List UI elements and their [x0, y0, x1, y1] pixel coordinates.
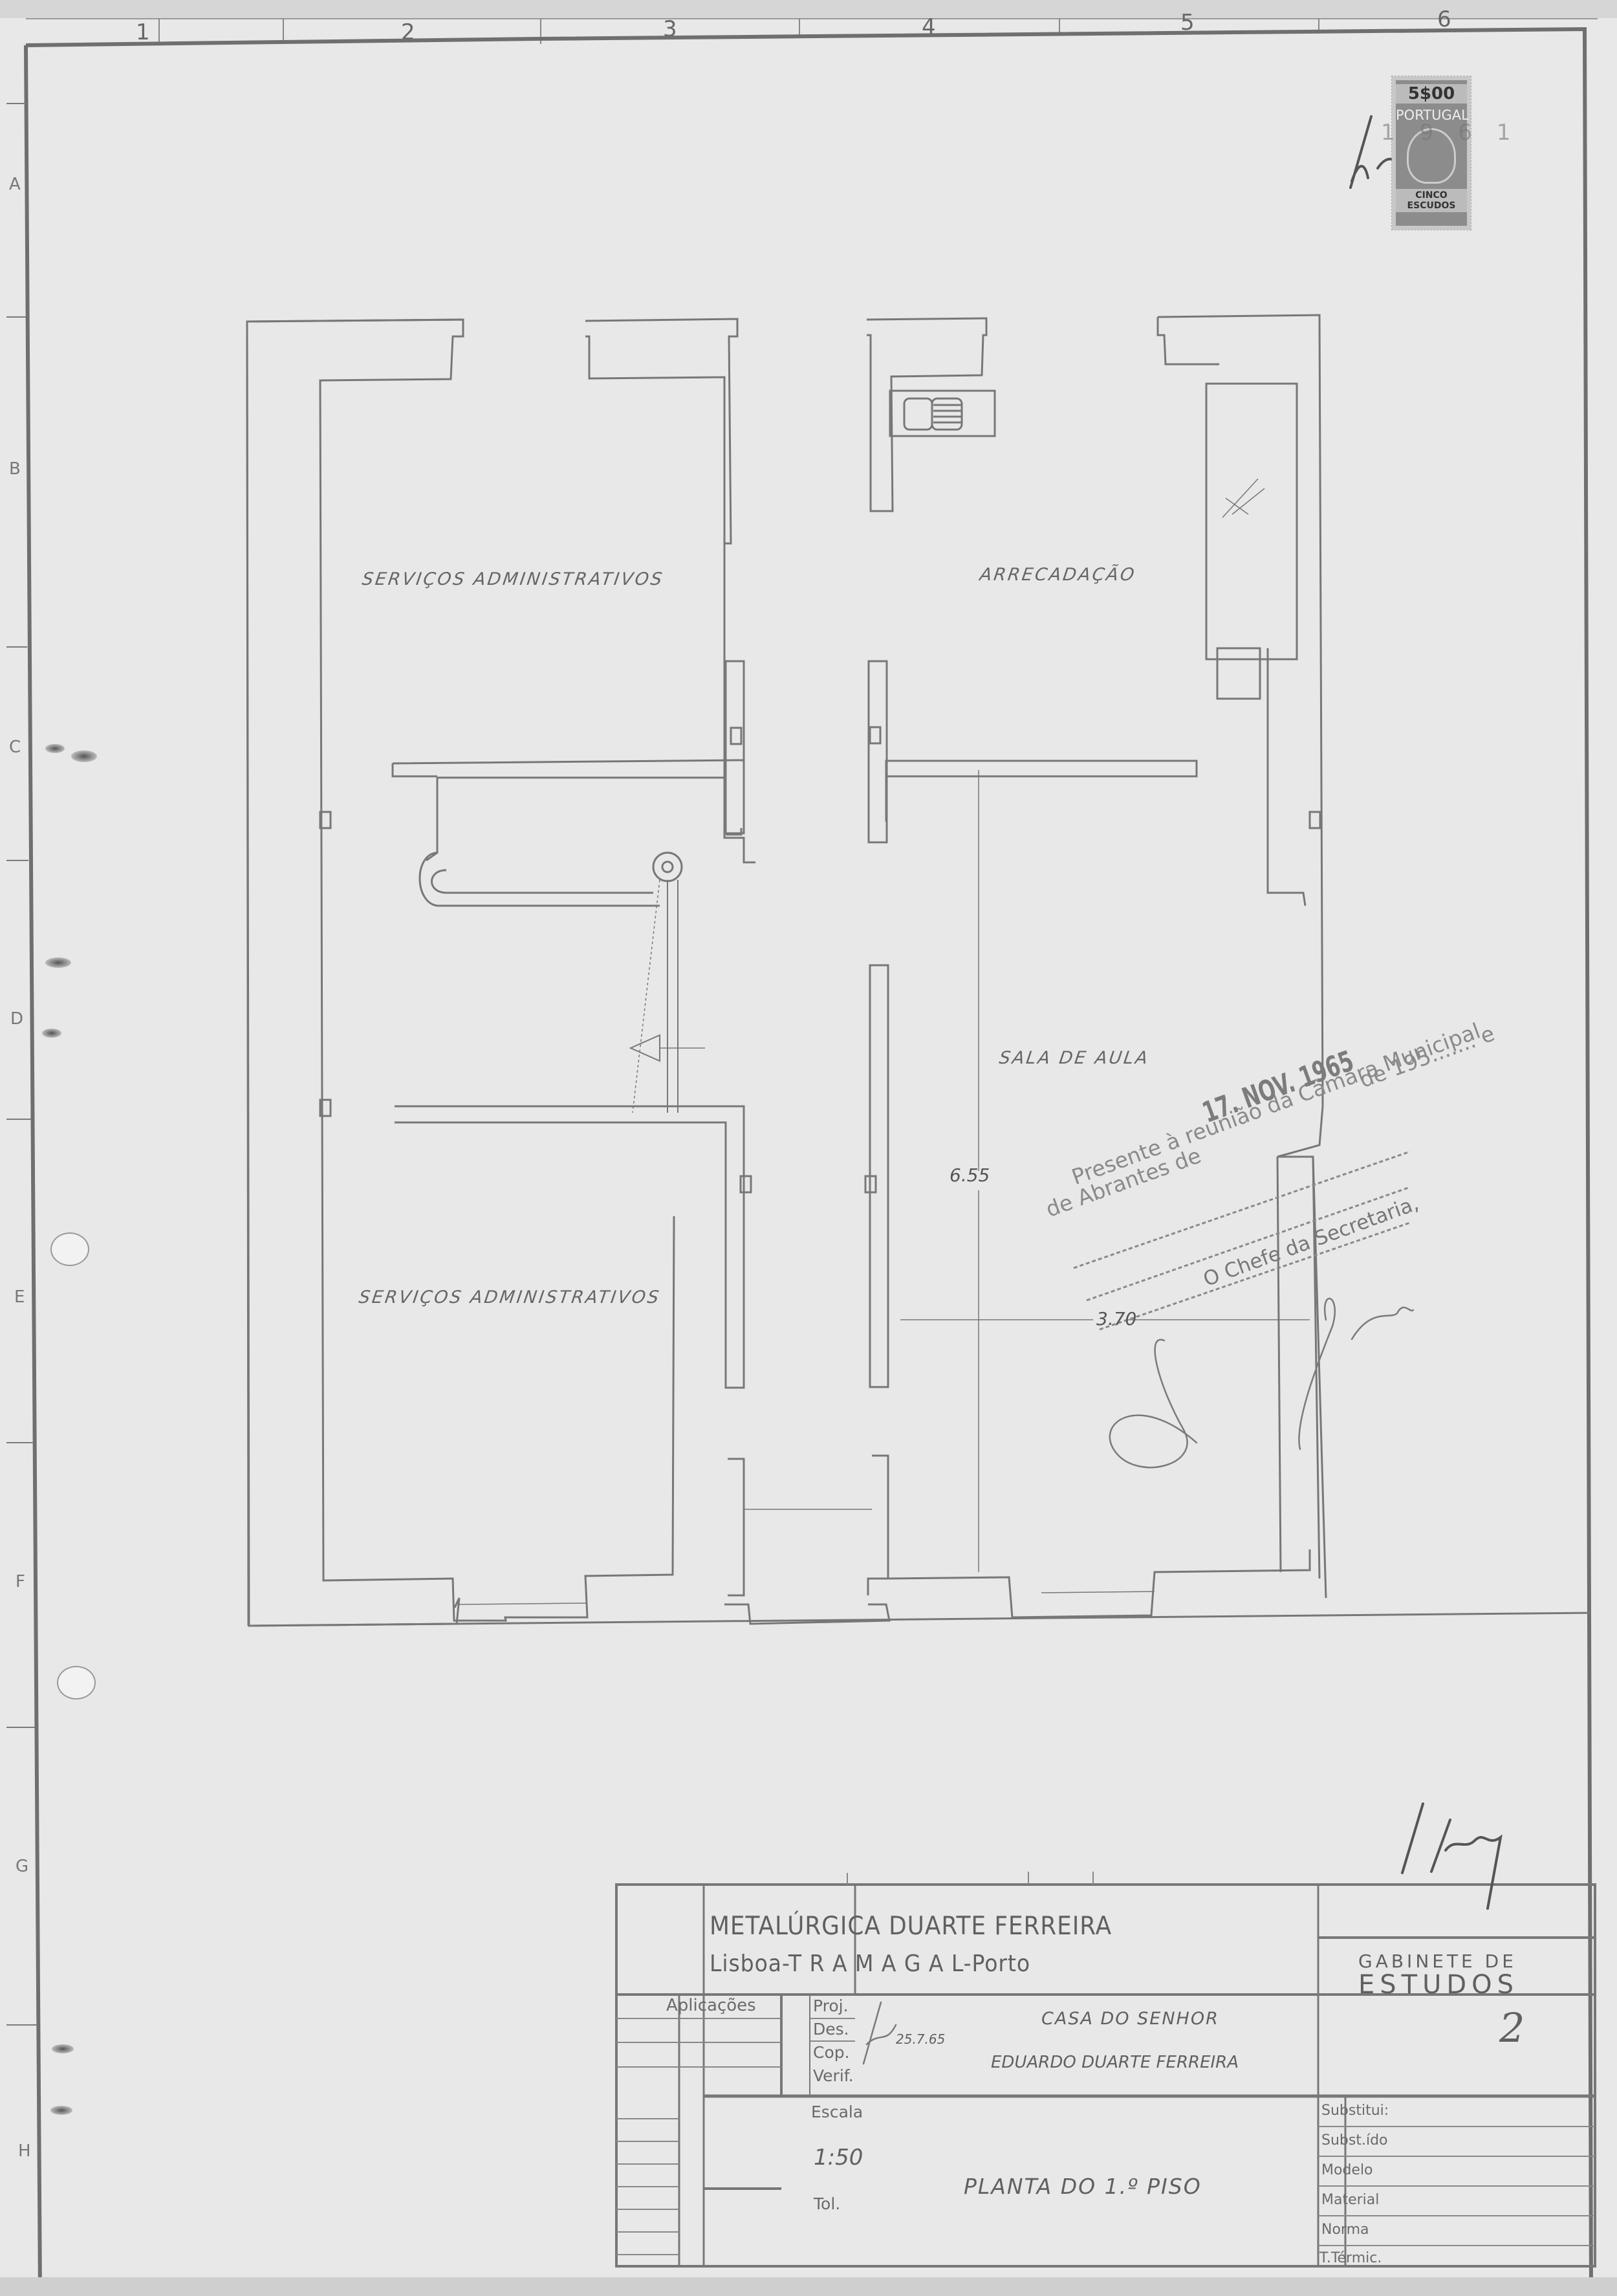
- room-label-admin-upper: SERVIÇOS ADMINISTRATIVOS: [361, 569, 665, 589]
- stain: [45, 957, 71, 968]
- meta-tratamento-termico: T.Térmic.: [1319, 2250, 1382, 2266]
- punch-hole: [57, 1666, 96, 1700]
- fiscal-stamp-value: 5$00: [1396, 84, 1467, 104]
- role-proj: Proj.: [813, 1996, 849, 2015]
- drawn-date: 25.7.65: [896, 2031, 945, 2047]
- meta-norma: Norma: [1321, 2222, 1369, 2238]
- dimension-vertical: 6.55: [950, 1164, 990, 1186]
- stain: [52, 2044, 74, 2053]
- project-line1: CASA DO SENHOR: [1041, 2009, 1219, 2029]
- drawing-sheet: 1 2 3 4 5 6 A B C D E F G H: [0, 0, 1617, 2296]
- meta-material: Material: [1321, 2192, 1379, 2208]
- project-line2: EDUARDO DUARTE FERREIRA: [991, 2053, 1239, 2072]
- tolerance-label: Tol.: [814, 2194, 840, 2213]
- room-label-admin-lower: SERVIÇOS ADMINISTRATIVOS: [358, 1287, 662, 1307]
- scan-margin: [0, 2277, 1617, 2296]
- scale-label: Escala: [811, 2103, 863, 2121]
- stain: [42, 1029, 61, 1038]
- dimension-horizontal: 3.70: [1096, 1308, 1136, 1329]
- room-label-classroom: SALA DE AULA: [998, 1048, 1151, 1068]
- fiscal-stamp-denomination: CINCO ESCUDOS: [1396, 189, 1467, 212]
- company-name: METALÚRGICA DUARTE FERREIRA: [710, 1912, 1112, 1941]
- stain: [71, 750, 97, 762]
- office-line1: GABINETE DE: [1358, 1951, 1517, 1972]
- applications-label: Aplicações: [666, 1996, 756, 2015]
- role-des: Des.: [813, 2020, 849, 2039]
- room-label-storage: ARRECADAÇÃO: [979, 565, 1138, 585]
- stain: [50, 2106, 72, 2115]
- role-cop: Cop.: [813, 2043, 850, 2062]
- stain: [45, 744, 65, 753]
- fiscal-stamp: 5$00 PORTUGAL CINCO ESCUDOS: [1392, 76, 1471, 230]
- scale-value: 1:50: [814, 2145, 863, 2170]
- role-verif: Verif.: [813, 2066, 854, 2085]
- stamp-overprint-year: 1961: [1381, 120, 1536, 146]
- office-line2: ESTUDOS: [1358, 1970, 1519, 2000]
- meta-substitui: Substitui:: [1321, 2103, 1389, 2119]
- meta-modelo: Modelo: [1321, 2162, 1373, 2178]
- company-locations: Lisboa-T R A M A G A L-Porto: [710, 1951, 1030, 1977]
- drawing-title: PLANTA DO 1.º PISO: [964, 2174, 1202, 2199]
- meta-substituido: Subst.ído: [1321, 2132, 1388, 2148]
- sheet-number: 2: [1499, 2004, 1525, 2051]
- punch-hole: [50, 1232, 89, 1266]
